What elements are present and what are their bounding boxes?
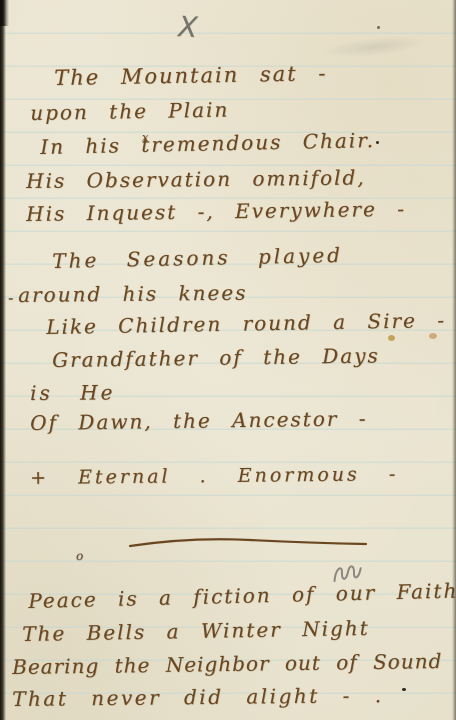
poem1-line-1: The Mountain sat - xyxy=(54,61,328,90)
ink-divider-line xyxy=(128,536,370,550)
page-left-corner xyxy=(0,0,9,26)
poem1-line-10: is He xyxy=(30,380,115,405)
ink-speck xyxy=(376,141,379,144)
manuscript-photo: X The Mountain sat - upon the Plain In h… xyxy=(0,0,456,720)
poem1-line-2: upon the Plain xyxy=(30,98,230,125)
stray-dash-mark: - xyxy=(8,288,13,307)
page-left-edge xyxy=(0,0,6,720)
poem1-line-7: around his knees xyxy=(18,281,248,307)
page-right-edge xyxy=(452,0,456,720)
variant-marker-icon: x xyxy=(142,131,148,144)
variant-note: + Eternal . Enormous - xyxy=(30,463,398,489)
ink-speck xyxy=(377,26,380,29)
ink-o-mark: o xyxy=(76,549,83,563)
ink-speck xyxy=(402,688,406,691)
paper-stain xyxy=(429,333,437,339)
poem1-line-11: Of Dawn, the Ancestor - xyxy=(30,406,368,435)
poem1-line-4: His Observation omnifold, xyxy=(26,165,366,193)
paper-stain xyxy=(388,335,395,341)
poem1-line-9: Grandfather of the Days xyxy=(52,343,380,372)
poem2-line-4: That never did alight - . xyxy=(12,683,384,711)
